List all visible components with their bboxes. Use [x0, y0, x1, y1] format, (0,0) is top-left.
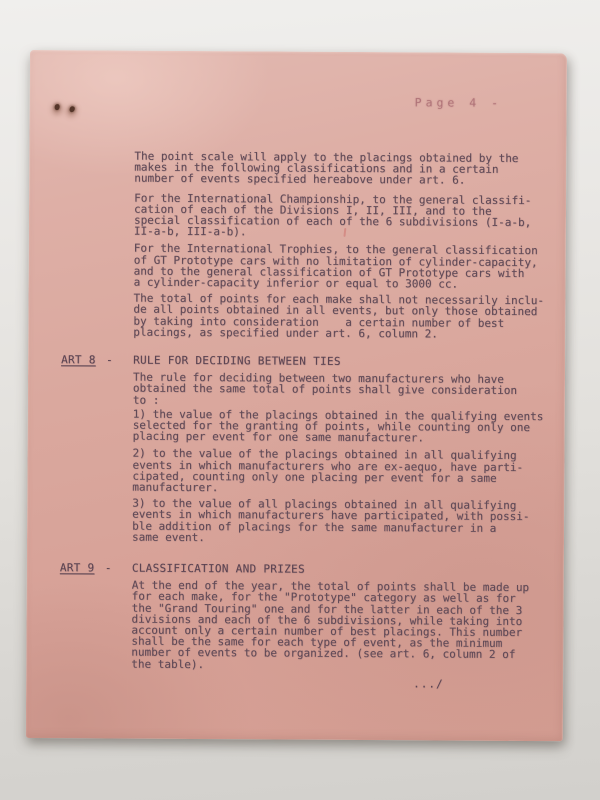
- tie-rule-item-3: 3) to the value of all placings obtained…: [132, 498, 568, 545]
- staple-hole: [69, 106, 75, 113]
- paragraph-international-trophies: For the International Trophies, to the g…: [134, 243, 570, 290]
- tie-rule-item-1: 1) the value of the placings obtained in…: [133, 408, 569, 444]
- page-number: Page 4 -: [415, 95, 502, 110]
- photo-backdrop: Page 4 - The point scale will apply to t…: [0, 0, 600, 800]
- paragraph-international-championship: For the International Championship, to t…: [134, 192, 570, 239]
- article-8-label: ART 8: [61, 354, 96, 365]
- tie-rule-item-2: 2) to the value of the placings obtained…: [132, 448, 568, 495]
- paragraph-end-of-year-totals: At the end of the year, the total of poi…: [131, 580, 568, 672]
- article-8-dash: -: [106, 355, 113, 366]
- article-9-heading: ART 9 - CLASSIFICATION AND PRIZES: [27, 562, 564, 576]
- document-body: The point scale will apply to the placin…: [26, 150, 566, 690]
- paragraph-point-scale: The point scale will apply to the placin…: [134, 151, 570, 187]
- article-8-title: RULE FOR DECIDING BETWEEN TIES: [133, 355, 341, 367]
- paragraph-total-of-points: The total of points for each make shall …: [133, 293, 569, 340]
- article-9-dash: -: [105, 563, 112, 574]
- article-8-heading: ART 8 - RULE FOR DECIDING BETWEEN TIES: [28, 354, 565, 368]
- article-9-title: CLASSIFICATION AND PRIZES: [132, 563, 305, 575]
- continuation-mark: .../: [413, 678, 563, 690]
- paragraph-tie-rule-intro: The rule for deciding between two manufa…: [133, 372, 569, 408]
- typewritten-page: Page 4 - The point scale will apply to t…: [26, 50, 567, 741]
- article-9-label: ART 9: [60, 562, 95, 573]
- staple-hole: [55, 104, 60, 110]
